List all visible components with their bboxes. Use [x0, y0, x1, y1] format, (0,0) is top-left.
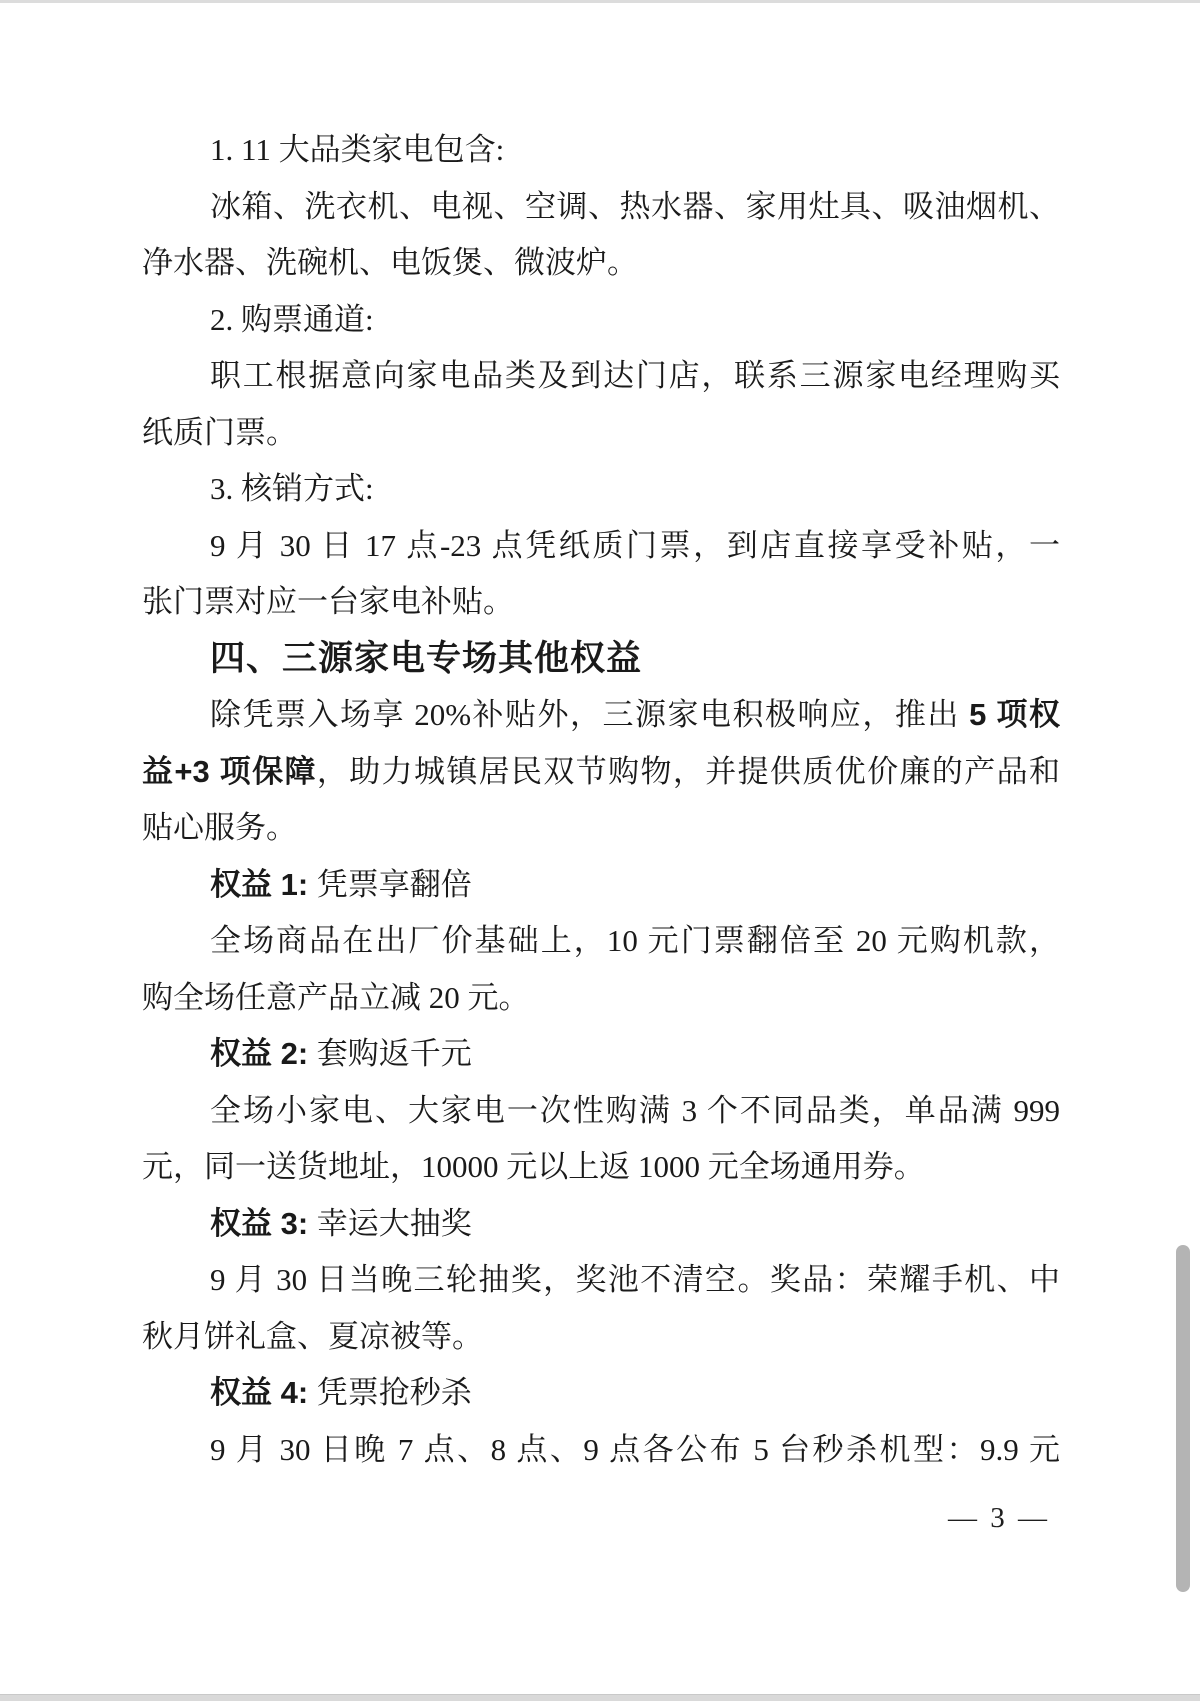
text-segment: 9 月 30 日 17 点-23 点凭纸质门票，到店直接享受补贴，一 [210, 528, 1060, 563]
benefit-3-line-1: 9 月 30 日当晚三轮抽奖，奖池不清空。奖品：荣耀手机、中 [142, 1252, 1060, 1309]
appliance-categories-line-1: 冰箱、洗衣机、电视、空调、热水器、家用灶具、吸油烟机、 [142, 179, 1060, 236]
scrollbar-thumb[interactable] [1176, 1245, 1190, 1592]
text-segment: 套购返千元 [317, 1036, 472, 1071]
ticket-channel-line-2: 纸质门票。 [142, 405, 1060, 462]
text-segment: 元，同一送货地址，10000 元以上返 1000 元全场通用券。 [142, 1149, 925, 1184]
window-bottom-edge [0, 1694, 1200, 1701]
text-segment: 全场小家电、大家电一次性购满 3 个不同品类，单品满 999 [210, 1093, 1060, 1128]
text-segment: 9 月 30 日晚 7 点、8 点、9 点各公布 5 台秒杀机型：9.9 元 [210, 1432, 1060, 1467]
text-segment: 凭票抢秒杀 [317, 1375, 472, 1410]
text-segment: 净水器、洗碗机、电饭煲、微波炉。 [142, 245, 638, 280]
text-segment: 职工根据意向家电品类及到达门店，联系三源家电经理购买 [210, 358, 1060, 393]
appliance-categories-line-2: 净水器、洗碗机、电饭煲、微波炉。 [142, 235, 1060, 292]
text-segment: 3. 核销方式: [210, 471, 374, 506]
bold-text-segment: 5 项权 [969, 697, 1060, 732]
text-segment: 2. 购票通道: [210, 302, 374, 337]
benefit-3-line-2: 秋月饼礼盒、夏凉被等。 [142, 1309, 1060, 1366]
text-segment: 贴心服务。 [142, 810, 297, 845]
redeem-method-line-2: 张门票对应一台家电补贴。 [142, 574, 1060, 631]
list-item-1-heading: 1. 11 大品类家电包含: [142, 122, 1060, 179]
text-segment: 幸运大抽奖 [317, 1206, 472, 1241]
redeem-method-line-1: 9 月 30 日 17 点-23 点凭纸质门票，到店直接享受补贴，一 [142, 518, 1060, 575]
benefit-4-line-1: 9 月 30 日晚 7 点、8 点、9 点各公布 5 台秒杀机型：9.9 元 [142, 1422, 1060, 1479]
benefit-1-line-1: 全场商品在出厂价基础上，10 元门票翻倍至 20 元购机款， [142, 913, 1060, 970]
document-viewer: { "window": { "page_background": "#fffff… [0, 0, 1200, 1701]
benefits-intro-line-3: 贴心服务。 [142, 800, 1060, 857]
text-segment: ，助力城镇居民双节购物，并提供质优价廉的产品和 [317, 754, 1060, 789]
benefit-2-line-2: 元，同一送货地址，10000 元以上返 1000 元全场通用券。 [142, 1139, 1060, 1196]
benefit-1-heading: 权益 1: 凭票享翻倍 [142, 857, 1060, 914]
bold-text-segment: 权益 1: [210, 867, 317, 902]
benefit-1-line-2: 购全场任意产品立减 20 元。 [142, 970, 1060, 1027]
text-segment: 9 月 30 日当晚三轮抽奖，奖池不清空。奖品：荣耀手机、中 [210, 1262, 1060, 1297]
ticket-channel-line-1: 职工根据意向家电品类及到达门店，联系三源家电经理购买 [142, 348, 1060, 405]
text-segment: 购全场任意产品立减 20 元。 [142, 980, 530, 1015]
bold-text-segment: 益+3 项保障 [142, 754, 317, 789]
text-segment: 张门票对应一台家电补贴。 [142, 584, 514, 619]
window-top-edge [0, 0, 1200, 3]
text-segment: 秋月饼礼盒、夏凉被等。 [142, 1319, 483, 1354]
benefits-intro-line-2: 益+3 项保障，助力城镇居民双节购物，并提供质优价廉的产品和 [142, 744, 1060, 801]
text-segment: 冰箱、洗衣机、电视、空调、热水器、家用灶具、吸油烟机、 [210, 189, 1060, 224]
text-segment: 四、三源家电专场其他权益 [210, 639, 642, 678]
benefits-intro-line-1: 除凭票入场享 20%补贴外，三源家电积极响应，推出 5 项权 [142, 687, 1060, 744]
benefit-4-heading: 权益 4: 凭票抢秒杀 [142, 1365, 1060, 1422]
list-item-2-heading: 2. 购票通道: [142, 292, 1060, 349]
bold-text-segment: 权益 3: [210, 1206, 317, 1241]
bold-text-segment: 权益 4: [210, 1375, 317, 1410]
text-segment: 除凭票入场享 20%补贴外，三源家电积极响应，推出 [210, 697, 969, 732]
benefit-2-heading: 权益 2: 套购返千元 [142, 1026, 1060, 1083]
text-segment: 凭票享翻倍 [317, 867, 472, 902]
benefit-2-line-1: 全场小家电、大家电一次性购满 3 个不同品类，单品满 999 [142, 1083, 1060, 1140]
page-number: — 3 — [948, 1502, 1050, 1535]
document-page-text: 1. 11 大品类家电包含:冰箱、洗衣机、电视、空调、热水器、家用灶具、吸油烟机… [142, 122, 1060, 1478]
text-segment: 纸质门票。 [142, 415, 297, 450]
text-segment: 全场商品在出厂价基础上，10 元门票翻倍至 20 元购机款， [210, 923, 1060, 958]
section-4-heading: 四、三源家电专场其他权益 [142, 631, 1060, 688]
list-item-3-heading: 3. 核销方式: [142, 461, 1060, 518]
bold-text-segment: 权益 2: [210, 1036, 317, 1071]
benefit-3-heading: 权益 3: 幸运大抽奖 [142, 1196, 1060, 1253]
text-segment: 1. 11 大品类家电包含: [210, 132, 504, 167]
